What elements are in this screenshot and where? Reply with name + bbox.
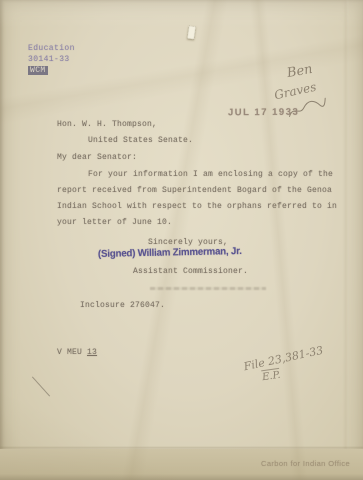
enclosure-note: Inclosure 276047. xyxy=(80,301,165,310)
letter-scan: Education 30141-33 WCM Ben Graves JUL 17… xyxy=(0,0,363,480)
paper-crease-vertical xyxy=(345,0,348,460)
salutation: My dear Senator: xyxy=(57,153,137,162)
date-received-stamp: JUL 17 1933 xyxy=(228,107,299,119)
handwritten-routing-name-1: Ben xyxy=(286,62,314,81)
typist-reference: V MEU 13 xyxy=(57,348,97,357)
archival-caption: Carbon for Indian Office xyxy=(261,459,350,468)
erased-text-smudge xyxy=(150,287,266,290)
body-line-2: report received from Superintendent Boga… xyxy=(57,186,332,195)
pencil-stray-mark xyxy=(32,377,50,397)
body-line-3: Indian School with respect to the orphan… xyxy=(57,202,337,211)
handwritten-file-initials: E.P. xyxy=(261,368,281,383)
office-stamp-line: Education xyxy=(28,43,75,54)
body-line-4: your letter of June 10. xyxy=(57,218,172,227)
signature-stamp: (Signed) William Zimmerman, Jr. xyxy=(98,246,242,260)
signer-title: Assistant Commissioner. xyxy=(133,267,248,276)
typist-number: 13 xyxy=(87,348,97,357)
staple-mark xyxy=(187,26,196,40)
clerk-initials: WCM xyxy=(28,66,48,75)
typist-initials: V MEU xyxy=(57,348,87,357)
body-line-1: For your information I am enclosing a co… xyxy=(88,170,333,179)
file-number: 30141-33 xyxy=(28,54,75,65)
recipient-name: Hon. W. H. Thompson, xyxy=(57,120,157,129)
office-file-stamp: Education 30141-33 WCM xyxy=(28,43,75,76)
handwritten-file-number: File 23,381-33 xyxy=(243,344,325,374)
recipient-address: United States Senate. xyxy=(88,136,193,145)
